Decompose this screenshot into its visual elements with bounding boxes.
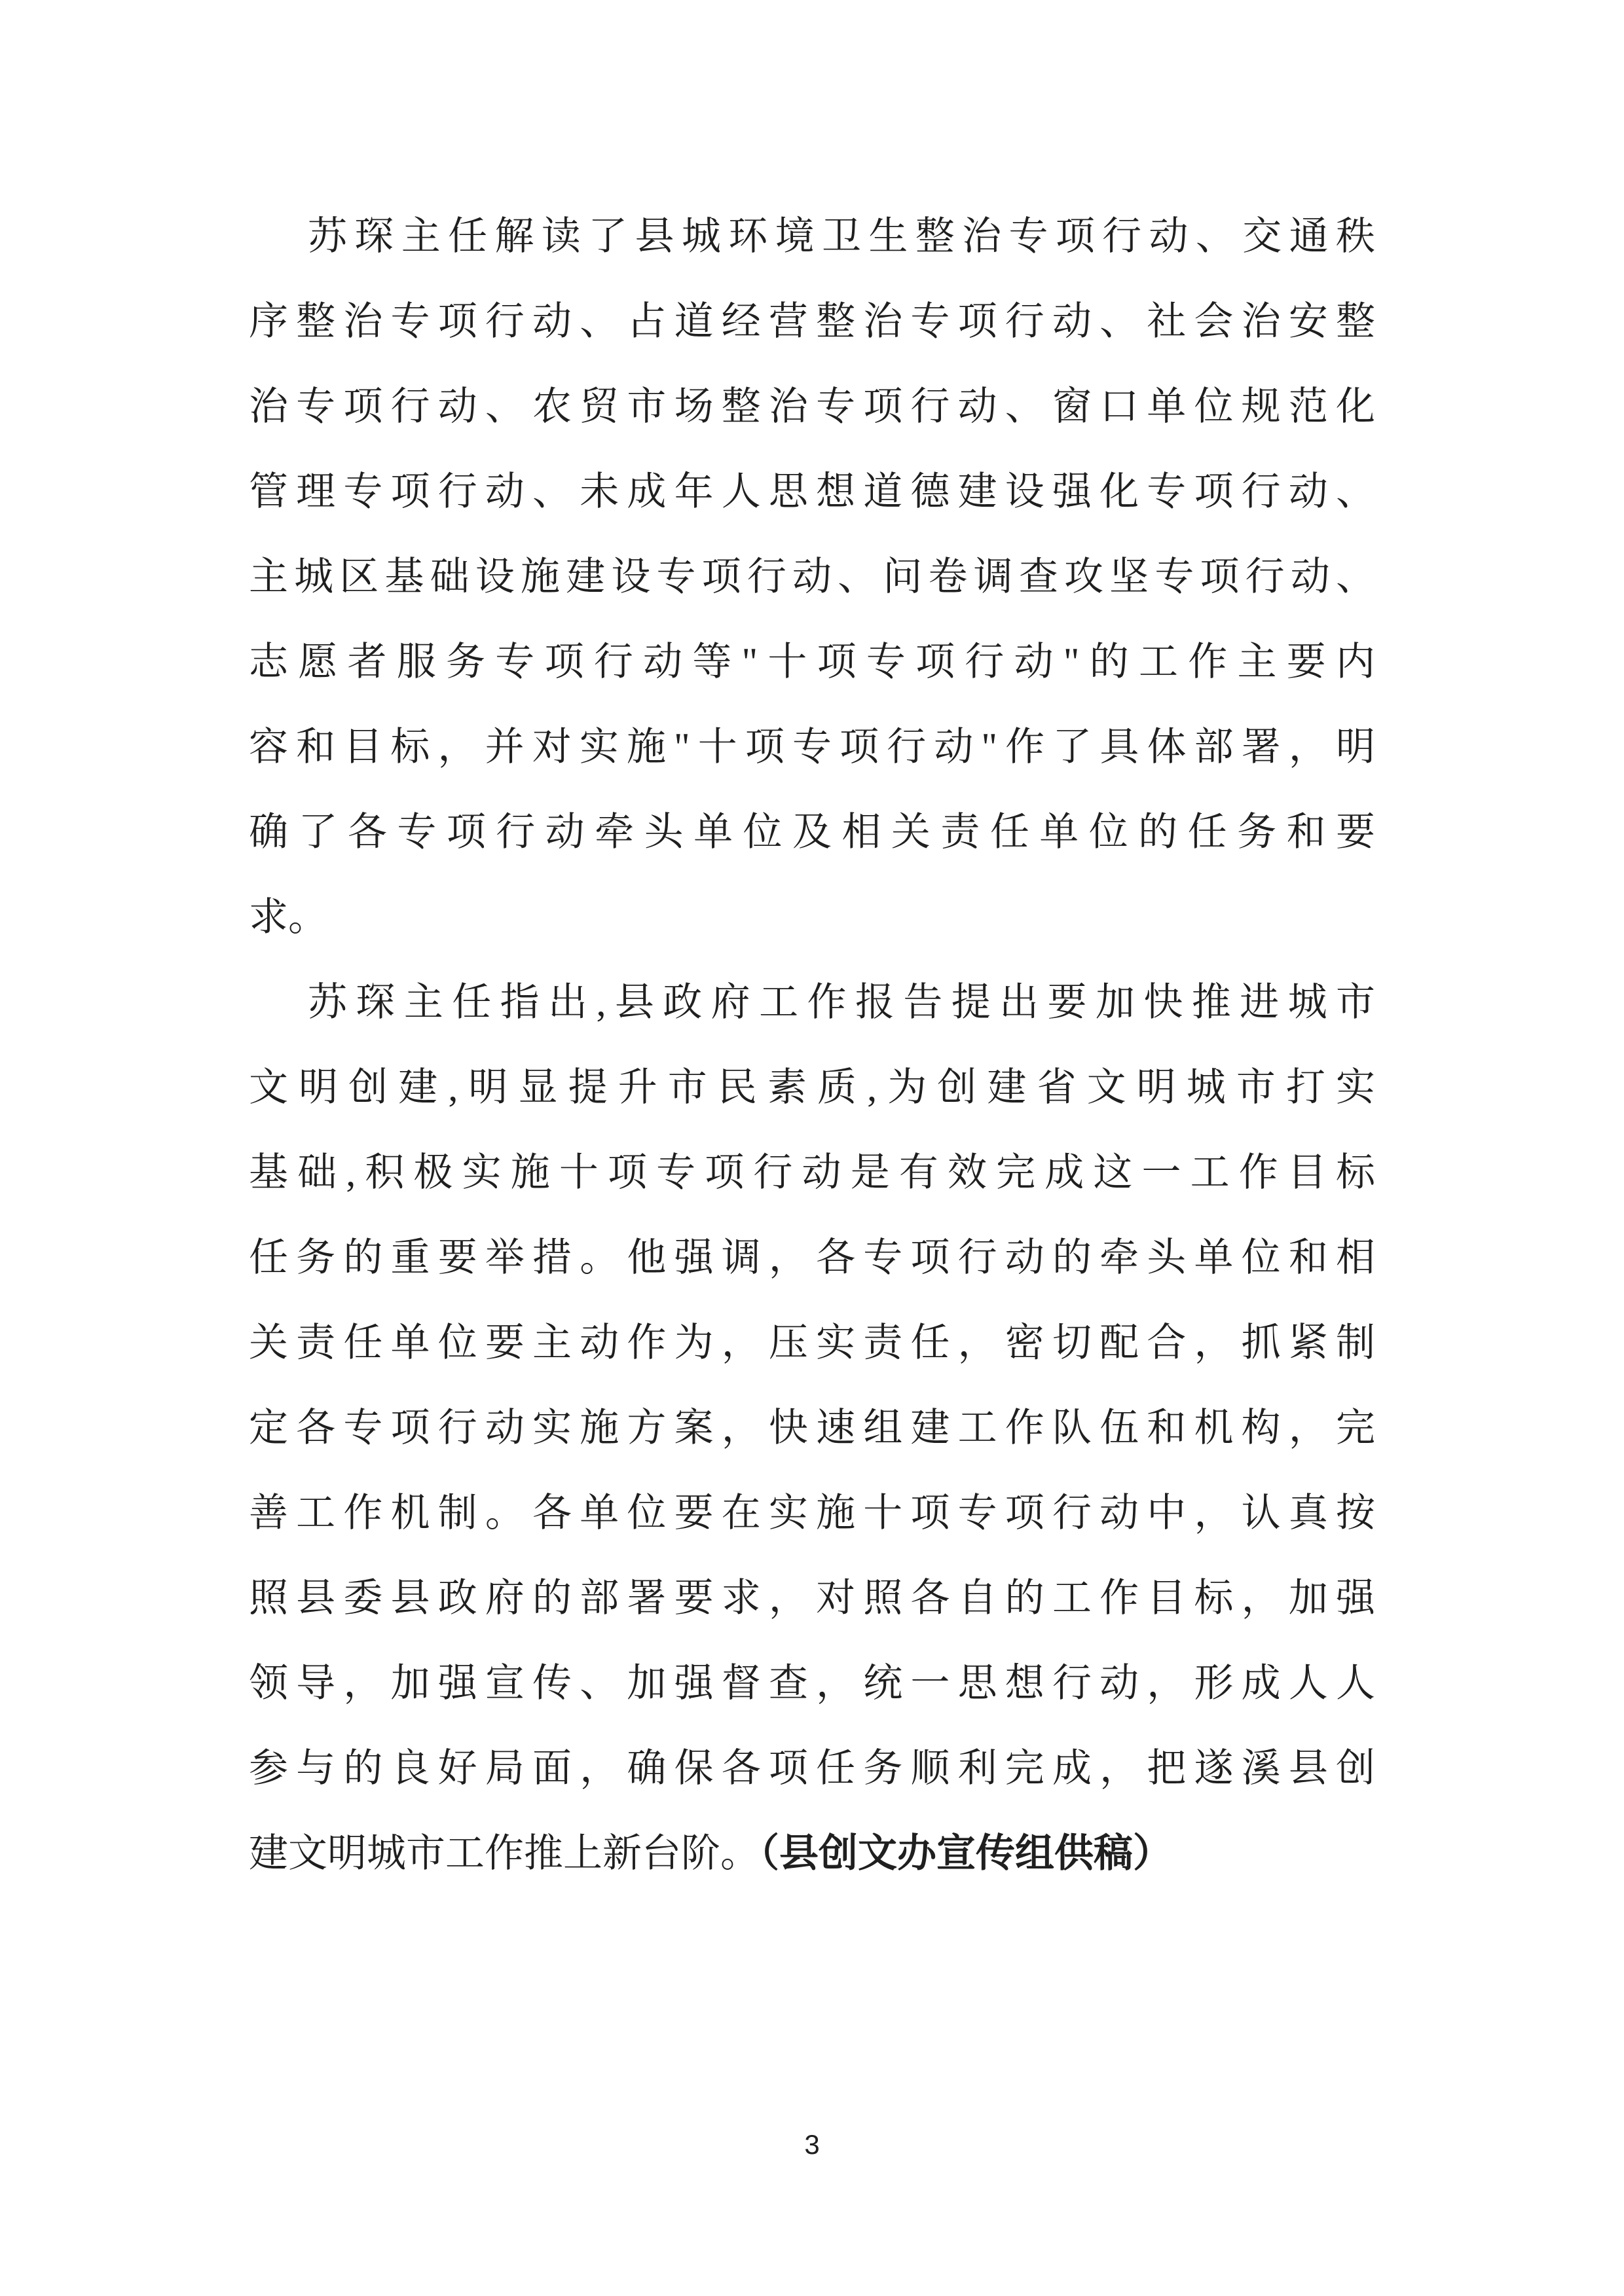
text-line: 照县委县政府的部署要求，对照各自的工作目标，加强	[249, 1556, 1375, 1641]
body-text: 任务的重要举措。他强调，各专项行动的牵头单位和相	[249, 1236, 1375, 1279]
body-text: 文明创建,明显提升市民素质,为创建省文明城市打实	[249, 1066, 1375, 1109]
text-line: 善工作机制。各单位要在实施十项专项行动中，认真按	[249, 1470, 1375, 1556]
paragraph-1: 苏琛主任解读了县城环境卫生整治专项行动、交通秩序整治专项行动、占道经营整治专项行…	[249, 194, 1375, 960]
paragraph-2: 苏琛主任指出,县政府工作报告提出要加快推进城市文明创建,明显提升市民素质,为创建…	[249, 960, 1375, 1896]
body-text: 确了各专项行动牵头单位及相关责任单位的任务和要	[249, 811, 1375, 854]
text-line: 确了各专项行动牵头单位及相关责任单位的任务和要	[249, 790, 1375, 875]
text-line: 任务的重要举措。他强调，各专项行动的牵头单位和相	[249, 1215, 1375, 1300]
body-text: 基础,积极实施十项专项行动是有效完成这一工作目标	[249, 1151, 1375, 1194]
text-line: 序整治专项行动、占道经营整治专项行动、社会治安整	[249, 279, 1375, 364]
text-line: 求。	[249, 875, 1375, 960]
body-text: 容和目标，并对实施"十项专项行动"作了具体部署，明	[249, 725, 1375, 769]
body-text: 参与的良好局面，确保各项任务顺利完成，把遂溪县创	[249, 1747, 1375, 1790]
document-body: 苏琛主任解读了县城环境卫生整治专项行动、交通秩序整治专项行动、占道经营整治专项行…	[249, 194, 1375, 1896]
text-line: 基础,积极实施十项专项行动是有效完成这一工作目标	[249, 1130, 1375, 1215]
text-line: 志愿者服务专项行动等"十项专项行动"的工作主要内	[249, 619, 1375, 704]
document-page: 苏琛主任解读了县城环境卫生整治专项行动、交通秩序整治专项行动、占道经营整治专项行…	[0, 0, 1624, 2296]
body-text: 苏琛主任解读了县城环境卫生整治专项行动、交通秩	[308, 215, 1375, 258]
text-line: 管理专项行动、未成年人思想道德建设强化专项行动、	[249, 449, 1375, 534]
body-text: 苏琛主任指出,县政府工作报告提出要加快推进城市	[308, 981, 1375, 1024]
text-line: 文明创建,明显提升市民素质,为创建省文明城市打实	[249, 1045, 1375, 1130]
page-footer: 3	[0, 2126, 1624, 2163]
byline-bold-text: （县创文办宣传组供稿）	[760, 1832, 1172, 1875]
body-text: 照县委县政府的部署要求，对照各自的工作目标，加强	[249, 1576, 1375, 1620]
text-line: 主城区基础设施建设专项行动、问卷调查攻坚专项行动、	[249, 534, 1375, 619]
body-text: 领导，加强宣传、加强督查，统一思想行动，形成人人	[249, 1662, 1375, 1705]
body-text: 管理专项行动、未成年人思想道德建设强化专项行动、	[249, 470, 1375, 513]
body-text: 主城区基础设施建设专项行动、问卷调查攻坚专项行动、	[249, 555, 1375, 598]
text-line: 领导，加强宣传、加强督查，统一思想行动，形成人人	[249, 1641, 1375, 1726]
text-line: 治专项行动、农贸市场整治专项行动、窗口单位规范化	[249, 364, 1375, 449]
page-number: 3	[804, 2129, 819, 2160]
body-text: 善工作机制。各单位要在实施十项专项行动中，认真按	[249, 1491, 1375, 1535]
body-text: 序整治专项行动、占道经营整治专项行动、社会治安整	[249, 300, 1375, 343]
body-text: 建文明城市工作推上新台阶。	[249, 1832, 760, 1875]
text-line: 苏琛主任解读了县城环境卫生整治专项行动、交通秩	[249, 194, 1375, 279]
body-text: 关责任单位要主动作为，压实责任，密切配合，抓紧制	[249, 1321, 1375, 1364]
text-line: 建文明城市工作推上新台阶。（县创文办宣传组供稿）	[249, 1811, 1375, 1896]
body-text: 志愿者服务专项行动等"十项专项行动"的工作主要内	[249, 640, 1375, 683]
body-text: 求。	[249, 896, 327, 939]
text-line: 定各专项行动实施方案，快速组建工作队伍和机构，完	[249, 1385, 1375, 1470]
body-text: 定各专项行动实施方案，快速组建工作队伍和机构，完	[249, 1406, 1375, 1449]
text-line: 苏琛主任指出,县政府工作报告提出要加快推进城市	[249, 960, 1375, 1045]
text-line: 参与的良好局面，确保各项任务顺利完成，把遂溪县创	[249, 1726, 1375, 1811]
body-text: 治专项行动、农贸市场整治专项行动、窗口单位规范化	[249, 385, 1375, 428]
text-line: 关责任单位要主动作为，压实责任，密切配合，抓紧制	[249, 1300, 1375, 1385]
text-line: 容和目标，并对实施"十项专项行动"作了具体部署，明	[249, 704, 1375, 790]
